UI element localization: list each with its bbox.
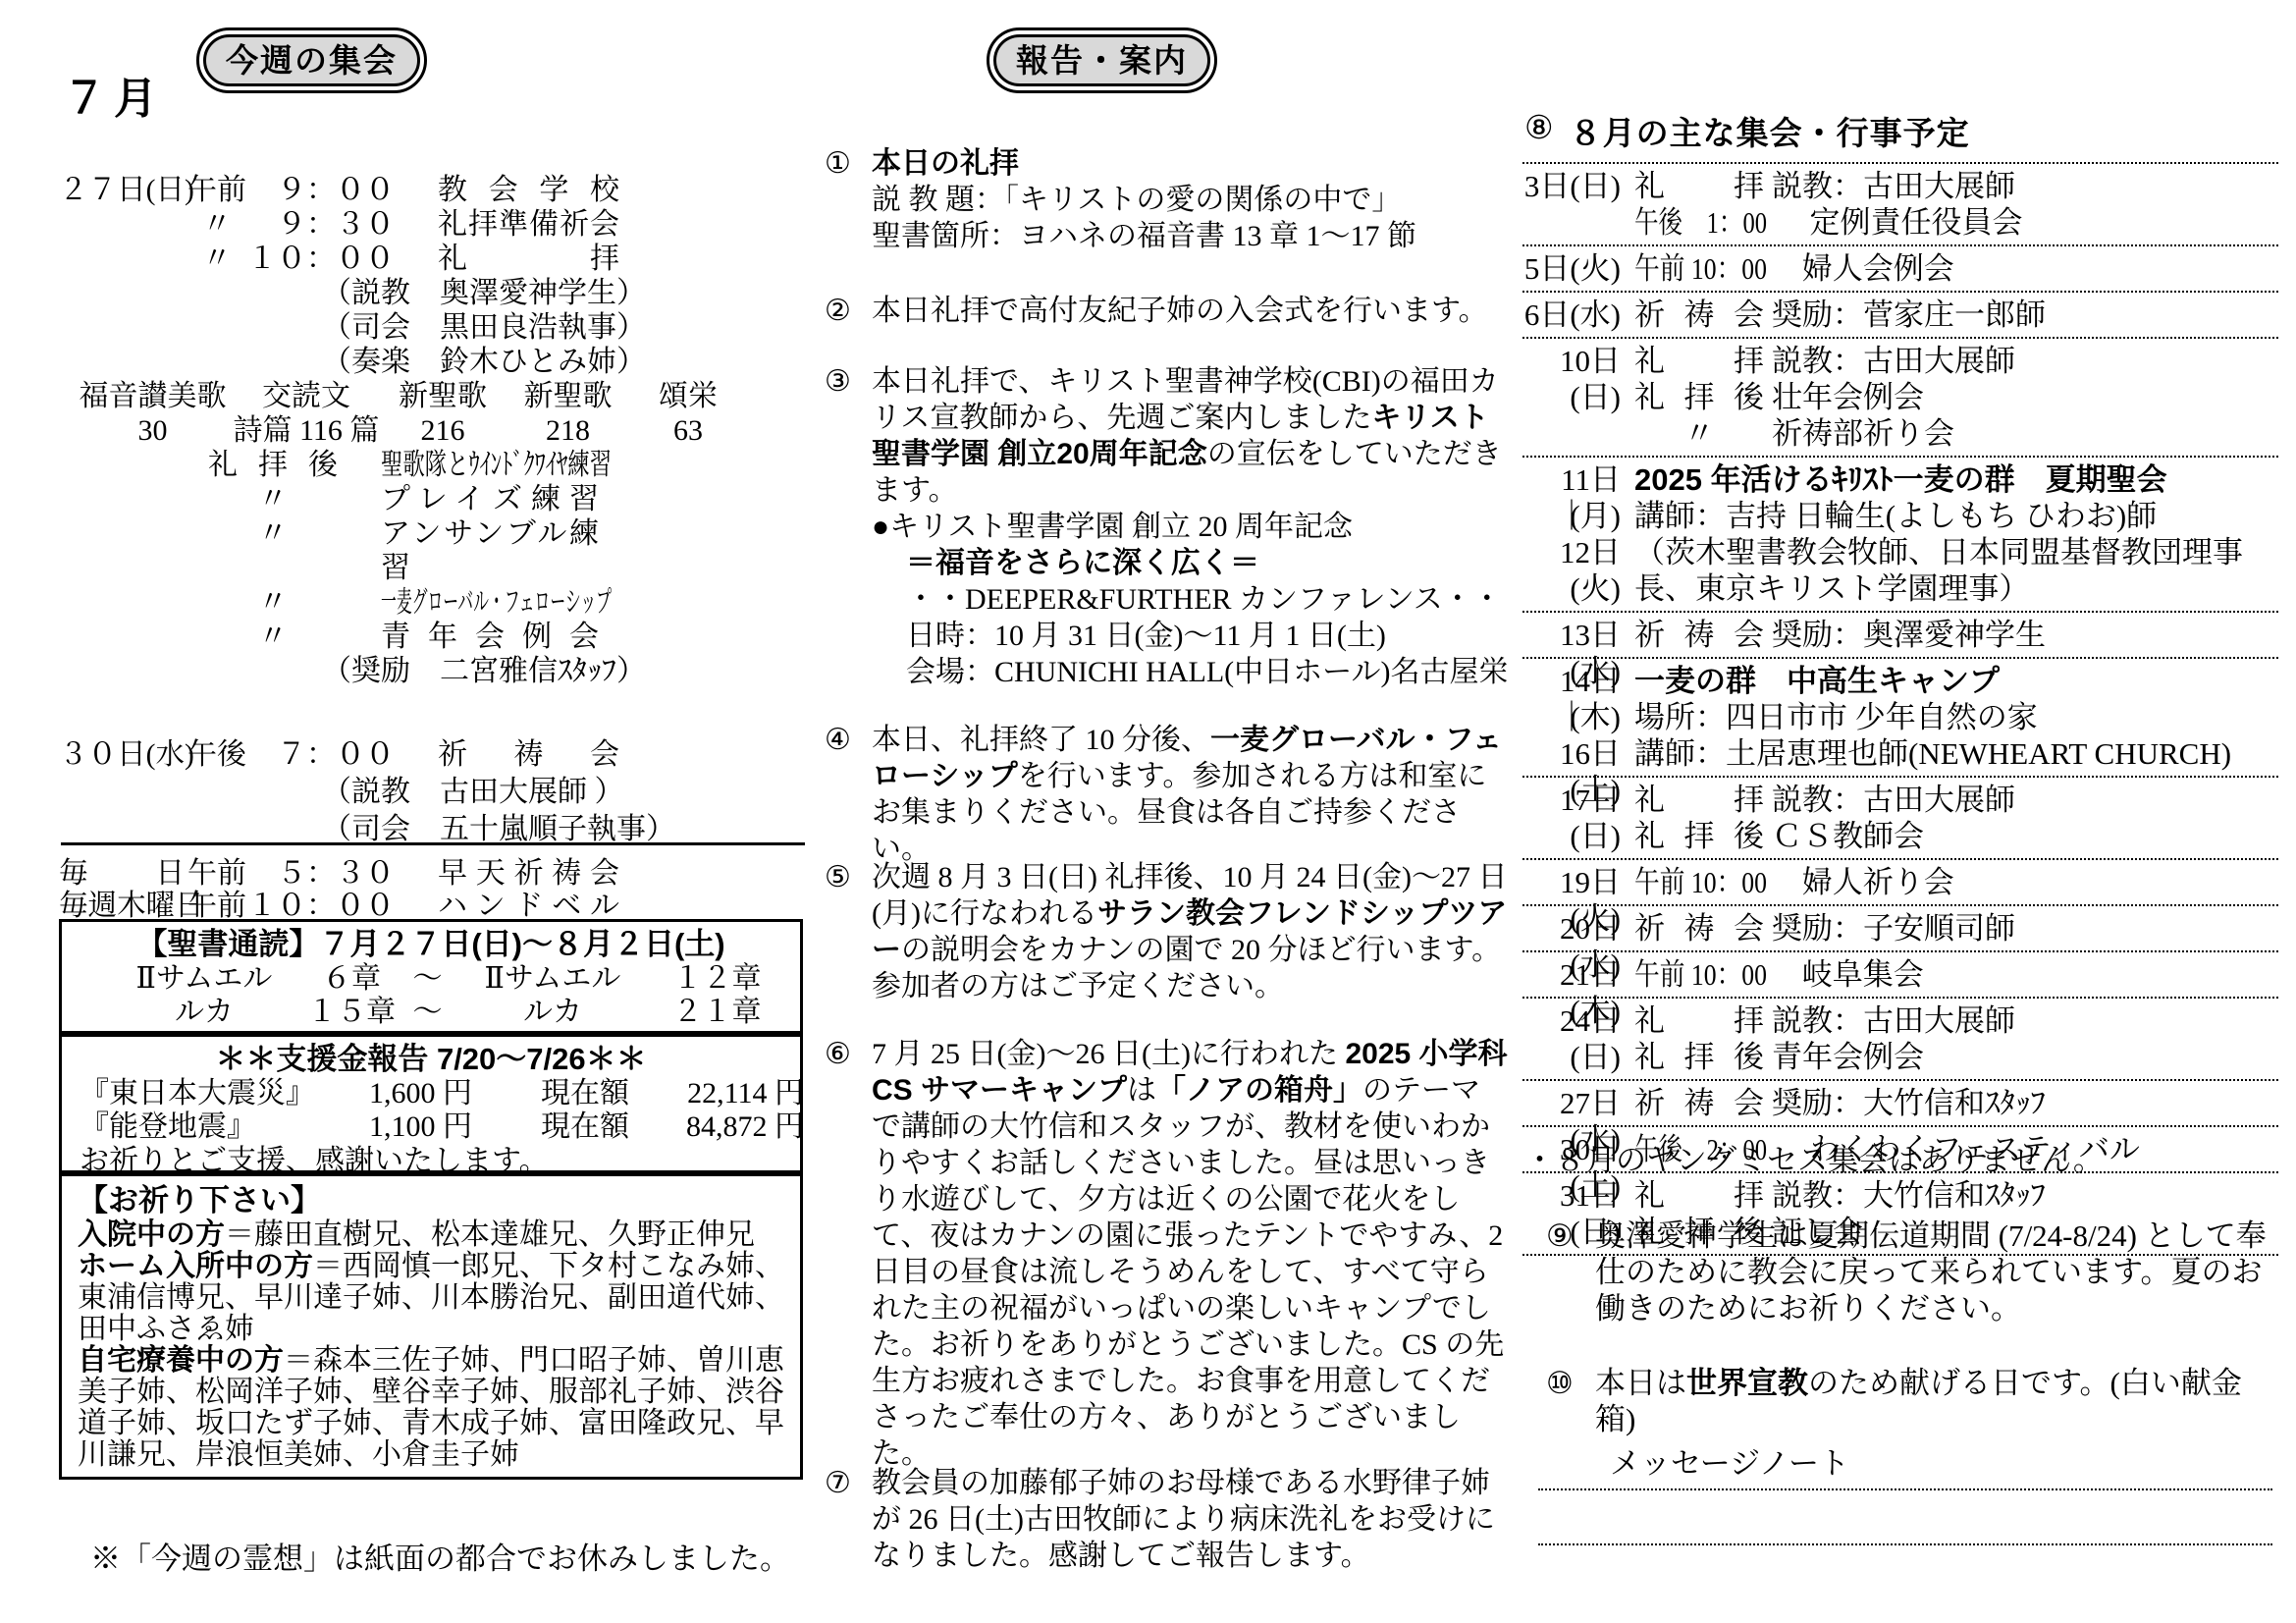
hymn-value-cell: 詩篇 116 篇 [229,413,384,448]
announcement-item: ⑦教会員の加藤郁子姉のお母様である水野律子姉が 26 日(土)古田牧師により病床… [825,1465,1512,1574]
august-schedule-row: 20日(水)祈祷会奨励：子安順司師 [1522,906,2278,952]
item-line: ・・DEEPER&FURTHER カンファレンス・・ [906,581,1508,618]
time-cell: １０：００ [247,242,395,276]
schedule-line: 礼拝後壮年会例会 [1634,379,2278,415]
prayer-group-label: ホーム入所中の方 [78,1250,313,1282]
item-number: ⑩ [1546,1365,1595,1437]
this-week-meetings-badge: 今週の集会 [196,27,427,93]
prayer-request-box: 【お祈り下さい】 入院中の方＝藤田直樹兄、松本達雄兄、久野正伸兄ホーム入所中の方… [59,1173,803,1480]
event-mid: 祈祷会 [1634,1085,1764,1121]
event-detail: 説教：古田大展師 [1772,1002,2015,1039]
date-cell: 17日(日) [1522,782,1621,854]
item-number: ④ [825,722,872,867]
schedule-line: 午前 10：00婦人会例会 [1634,250,2278,287]
schedule-line: 場所：四日市市 少年自然の家 [1634,699,2278,735]
bible-reading-cell: Ⅱサムエル [454,962,651,996]
date-text: 20日(水) [1522,910,1621,947]
item-number: ③ [825,363,872,690]
this-week-meetings-badge-label: 今週の集会 [203,34,420,86]
item-paragraph: 教会員の加藤郁子姉のお母様である水野律子姉が 26 日(土)古田牧師により病床洗… [872,1465,1508,1574]
bible-reading-cell: ２１章 [651,996,783,1029]
time-cell: ７：００ [247,736,395,774]
date-text: 17日(日) [1522,782,1621,818]
bible-reading-box: 【聖書通読】７月２７日(日)～８月２日(土) Ⅱサムエル６章～Ⅱサムエル１２章ル… [59,919,803,1034]
reisou-footnote: ※「今週の霊想」は紙面の都合でお休みしました。 [90,1534,790,1578]
date-text: 21日(木) [1522,956,1621,993]
august-schedule-row: 19日(火)午前 10：00婦人祈り会 [1522,860,2278,906]
schedule-line: 礼拝後青年会例会 [1634,1039,2278,1075]
august-schedule-row: 10日(日)礼拝説教：古田大展師礼拝後壮年会例会〃祈祷部祈り会 [1522,339,2278,458]
regular-meetings-block: 毎日午前５：３０早天祈祷会毎週木曜日午前１０：００ハンドベル [59,857,807,922]
event-detail: 壮年会例会 [1772,379,1924,415]
date-cell: 毎週木曜日 [59,890,185,922]
august-schedule-header: ⑧ ８月の主な集会・行事予定 [1524,108,1970,154]
bible-reading-cell: ～ [400,996,454,1029]
event-detail: 奨励：子安順司師 [1772,910,2015,947]
event-mid: 礼拝 [1634,1002,1764,1039]
schedule-line: 祈祷会奨励：奥澤愛神学生 [1634,617,2278,653]
prayer-group: ホーム入所中の方＝西岡慎一郎兄、下タ村こなみ姉、東浦信博兄、早川達子姉、川本勝治… [78,1251,784,1345]
row-lines: 午前 10：00岐阜集会 [1634,956,2278,993]
right-column: ⑧ ８月の主な集会・行事予定 3日(日)礼拝説教：古田大展師午後 1：00定例責… [1517,0,2284,1623]
plain-text: 本日礼拝で高付友紀子姉の入会式を行います。 [872,295,1488,327]
hymn-header-cell: 交読文 [229,379,384,413]
hymn-header-cell: 頌栄 [634,379,742,413]
row-lines: 礼拝説教：古田大展師礼拝後ＣＳ教師会 [1634,782,2278,854]
item-body: 本日礼拝で高付友紀子姉の入会式を行います。 [872,293,1508,329]
august-schedule-row: 27日(水)祈祷会奨励：大竹信和ｽﾀｯﾌ [1522,1081,2278,1127]
bible-reading-cell: ルカ [454,996,651,1029]
event-detail: 定例責任役員会 [1810,204,2023,241]
plain-text: 本日、礼拝終了 10 分後、 [872,724,1210,756]
message-note-label: メッセージノート [1610,1438,1849,1483]
prayer-group: 自宅療養中の方＝森本三佐子姉、門口昭子姉、曽川恵美子姉、松岡洋子姉、壁谷幸子姉、… [78,1345,784,1471]
plain-text: 奥澤愛神学生は夏期伝道期間 (7/24-8/24) として奉仕のために教会に戻っ… [1595,1218,2267,1325]
item-line: 会場：CHUNICHI HALL(中日ホール)名古屋栄 [906,654,1508,690]
event-text: （茨木聖書教会牧師、日本同盟基督教団理事長、東京キリスト学園理事） [1634,534,2278,607]
date-cell: 毎日 [59,857,185,890]
event-detail: 岐阜集会 [1802,956,1924,993]
time-cell: ５：３０ [247,857,395,890]
hymn-header-cell: 新聖歌 [502,379,634,413]
item-body: 7 月 25 日(金)～26 日(土)に行われた 2025 小学科 CS サマー… [872,1036,1508,1472]
schedule-line: 2025 年活けるｷﾘｽﾄ一麦の群 夏期聖会 [1634,461,2278,498]
plain-text: 7 月 25 日(金)～26 日(土)に行われた [872,1038,1345,1070]
row-lines: 午前 10：00婦人祈り会 [1634,864,2278,900]
schedule-line: 礼拝説教：古田大展師 [1634,168,2278,204]
august-schedule-table: 3日(日)礼拝説教：古田大展師午後 1：00定例責任役員会5日(火)午前 10：… [1522,162,2278,1256]
plain-text: 本日は [1595,1366,1686,1400]
event-cell: 教会学校 [438,173,619,207]
date-cell: 6日(水) [1522,297,1621,333]
item-paragraph: 本日、礼拝終了 10 分後、一麦グローバル・フェローシップを行います。参加される… [872,722,1508,867]
after-worship-event: 青年会例会 [381,620,599,654]
bold-text: 世界宣教 [1686,1366,1808,1400]
item-body: 本日の礼拝説 教 題：「キリストの愛の関係の中で」聖書箇所：ヨハネの福音書 13… [872,145,1508,254]
period-cell: 〃 [187,207,247,242]
event-mid: 祈祷会 [1634,910,1764,947]
event-text: 2025 年活けるｷﾘｽﾄ一麦の群 夏期聖会 [1634,461,2167,498]
schedule-line: 午前 10：00岐阜集会 [1634,956,2278,993]
bible-reading-row: Ⅱサムエル６章～Ⅱサムエル１２章 [106,962,800,996]
bible-reading-title: 【聖書通読】７月２７日(日)～８月２日(土) [62,927,800,962]
bible-reading-cell: ６章 [302,962,400,996]
item-number: ⑨ [1546,1217,1595,1326]
plain-text: の説明会をカナンの園で 20 分ほど行います。参加者の方はご予定ください。 [872,934,1501,1002]
after-worship-label: 〃 [208,516,338,585]
prayer-group-label: 自宅療養中の方 [78,1344,284,1377]
event-mid: 礼拝後 [1634,379,1764,415]
event-mid: 礼拝 [1634,782,1764,818]
date-text: 31日(日) [1522,1177,1621,1214]
date-cell: 3日(日) [1522,168,1621,241]
hymn-header-cell: 福音讃美歌 [77,379,229,413]
august-schedule-row: 6日(水)祈祷会奨励：菅家庄一郎師 [1522,293,2278,339]
support-balance-amount: 84,872 円 [639,1110,804,1144]
after-worship-label: 礼拝後 [208,448,338,482]
event-detail: 奨励：奥澤愛神学生 [1772,617,2046,653]
hymn-header-row: 福音讃美歌交読文新聖歌新聖歌頌栄 [77,379,807,413]
event-mid: 祈祷会 [1634,297,1764,333]
prayer-group-label: 入院中の方 [78,1218,225,1251]
row-lines: 2025 年活けるｷﾘｽﾄ一麦の群 夏期聖会講師：吉持 日輪生(よしもち ひわお… [1634,461,2278,607]
church-bulletin-page: 今週の集会 ７月 ２７日(日)午前９：００教会学校〃９：３０礼拝準備祈会〃１０：… [0,0,2296,1623]
item-line: ●キリスト聖書学園 創立 20 周年記念 [872,509,1508,545]
row-lines: 祈祷会奨励：奥澤愛神学生 [1634,617,2278,653]
date-cell: 21日(木) [1522,956,1621,993]
event-detail: 婦人祈り会 [1802,864,1954,900]
schedule-line: 講師：土居恵理也師(NEWHEART CHURCH) [1634,735,2278,772]
date-text: 5日(火) [1522,250,1621,287]
date-cell: ２７日(日) [59,173,185,207]
after-worship-label: 〃 [208,482,338,516]
event-detail: 奨励：菅家庄一郎師 [1772,297,2046,333]
after-worship-event: 一麦グローバル・フェローシップ [381,585,612,620]
support-report-rows: 『東日本大震災』1,600 円現在額22,114 円『能登地震』1,100 円現… [62,1077,800,1144]
item-body: 次週 8 月 3 日(日) 礼拝後、10 月 24 日(金)～27 日(月)に行… [872,859,1508,1004]
hymn-value-cell: 218 [502,413,634,448]
event-text: 講師：吉持 日輪生(よしもち ひわお)師 [1634,498,2157,534]
schedule-line: （茨木聖書教会牧師、日本同盟基督教団理事長、東京キリスト学園理事） [1634,534,2278,607]
schedule-line: 祈祷会奨励：大竹信和ｽﾀｯﾌ [1634,1085,2278,1121]
row-lines: 祈祷会奨励：子安順司師 [1634,910,2278,947]
event-mid: 午後 1：00 [1634,204,1767,241]
item-body: 奥澤愛神学生は夏期伝道期間 (7/24-8/24) として奉仕のために教会に戻っ… [1595,1217,2272,1326]
event-text: 場所：四日市市 少年自然の家 [1634,699,2038,735]
date-cell [59,242,185,276]
after-worship-label: 〃 [208,585,338,620]
announcement-item: ④本日、礼拝終了 10 分後、一麦グローバル・フェローシップを行います。参加され… [825,722,1512,867]
prayer-meeting-row: ３０日(水)午後７：００祈祷会 [59,736,807,774]
bible-reading-cell: ルカ [106,996,302,1029]
event-detail: 青年会例会 [1772,1039,1924,1075]
date-cell: 14日(木)｜16日(土) [1522,663,1621,772]
event-cell: 礼拝 [438,242,619,276]
support-row: 『能登地震』1,100 円現在額84,872 円 [62,1110,800,1144]
august-header-title: ８月の主な集会・行事予定 [1570,108,1970,154]
event-mid: 〃 [1634,415,1764,452]
hymn-value-cell: 63 [634,413,742,448]
date-cell: 27日(水) [1522,1085,1621,1121]
after-worship-row: 礼拝後聖歌隊とｳｲﾝﾄﾞｸﾜｲﾔ練習 [59,448,807,482]
schedule-line: 一麦の群 中高生キャンプ [1634,663,2278,699]
date-text: 14日(木) [1522,663,1621,699]
announcement-item: ③本日礼拝で、キリスト聖書神学校(CBI)の福田カリス宣教師から、先週ご案内しま… [825,363,1512,690]
event-detail: 説教：大竹信和ｽﾀｯﾌ [1772,1177,2046,1214]
august-schedule-row: 13日(水)祈祷会奨励：奥澤愛神学生 [1522,613,2278,659]
date-text: 3日(日) [1522,168,1621,204]
item-number: ② [825,293,872,329]
event-detail: 説教：古田大展師 [1772,168,2015,204]
time-cell: ９：３０ [247,207,395,242]
time-cell: ９：００ [247,173,395,207]
item-number: ⑤ [825,859,872,1004]
after-worship-event: 聖歌隊とｳｲﾝﾄﾞｸﾜｲﾔ練習 [381,448,612,482]
after-worship-label: 〃 [208,620,338,654]
event-mid: 礼拝 [1634,343,1764,379]
event-detail: 説教：古田大展師 [1772,782,2015,818]
date-text: 24日(日) [1522,1002,1621,1039]
bible-reading-cell: ～ [400,962,454,996]
august-schedule-row: 14日(木)｜16日(土)一麦の群 中高生キャンプ場所：四日市市 少年自然の家講… [1522,659,2278,778]
row-lines: 祈祷会奨励：菅家庄一郎師 [1634,297,2278,333]
prayer-group: 入院中の方＝藤田直樹兄、松本達雄兄、久野正伸兄 [78,1219,784,1251]
worship-schedule-row: 〃１０：００礼拝 [59,242,807,276]
announcement-item: ②本日礼拝で高付友紀子姉の入会式を行います。 [825,293,1512,329]
date-cell: ３０日(水) [59,736,185,774]
support-balance-amount: 22,114 円 [639,1077,804,1110]
date-text: 6日(水) [1522,297,1621,333]
date-text: 10日(日) [1522,343,1621,379]
credit-line: （奨励 二宮雅信ｽﾀｯﾌ） [322,654,807,688]
plain-text: のテーマで講師の大竹信和スタッフが、教材を使いわかりやすくお話しくださいました。… [872,1074,1504,1470]
schedule-line: 礼拝説教：大竹信和ｽﾀｯﾌ [1634,1177,2278,1214]
august-schedule-row: 21日(木)午前 10：00岐阜集会 [1522,952,2278,999]
item-body: 本日、礼拝終了 10 分後、一麦グローバル・フェローシップを行います。参加される… [872,722,1508,867]
event-detail: 説教：古田大展師 [1772,343,2015,379]
worship-schedule-row: 〃９：３０礼拝準備祈会 [59,207,807,242]
wednesday-prayer-block: ３０日(水)午後７：００祈祷会（説教 古田大展師 ）（司会 五十嵐順子執事） [59,736,807,848]
item-body: 教会員の加藤郁子姉のお母様である水野律子姉が 26 日(土)古田牧師により病床洗… [872,1465,1508,1574]
august-schedule-row: 5日(火)午前 10：00婦人会例会 [1522,246,2278,293]
support-fund-name: 『東日本大震災』 [80,1077,325,1110]
event-mid: 礼拝後 [1634,1039,1764,1075]
plain-text: は [1127,1074,1156,1107]
date-text: 19日(火) [1522,864,1621,900]
date-cell: 5日(火) [1522,250,1621,287]
prayer-group-names: ＝藤田直樹兄、松本達雄兄、久野正伸兄 [225,1218,755,1251]
item-paragraph: 本日礼拝で高付友紀子姉の入会式を行います。 [872,293,1508,329]
bold-text: 「ノアの箱舟」 [1156,1074,1362,1107]
announcement-item: ①本日の礼拝説 教 題：「キリストの愛の関係の中で」聖書箇所：ヨハネの福音書 1… [825,145,1512,254]
event-mid: 午前 10：00 [1634,250,1767,287]
plain-text: 教会員の加藤郁子姉のお母様である水野律子姉が 26 日(土)古田牧師により病床洗… [872,1467,1495,1572]
hymn-value-row: 30詩篇 116 篇21621863 [77,413,807,448]
row-lines: 礼拝説教：古田大展師礼拝後壮年会例会〃祈祷部祈り会 [1634,343,2278,452]
row-lines: 午前 10：00婦人会例会 [1634,250,2278,287]
item-line: ＝福音をさらに深く広く＝ [906,545,1508,581]
report-guide-badge-label: 報告・案内 [993,34,1210,86]
schedule-line: 礼拝説教：古田大展師 [1634,1002,2278,1039]
event-text: 一麦の群 中高生キャンプ [1634,663,2000,699]
row-lines: 祈祷会奨励：大竹信和ｽﾀｯﾌ [1634,1085,2278,1121]
note-line-1 [1538,1488,2272,1490]
item-number: ① [825,145,872,254]
announcement-item-9: ⑨奥澤愛神学生は夏期伝道期間 (7/24-8/24) として奉仕のために教会に戻… [1546,1217,2292,1326]
bible-reading-cell: １５章 [302,996,400,1029]
august-schedule-row: 3日(日)礼拝説教：古田大展師午後 1：00定例責任役員会 [1522,164,2278,246]
hymn-value-cell: 216 [384,413,502,448]
date-cell: 20日(水) [1522,910,1621,947]
date-cell: 19日(火) [1522,864,1621,900]
date-cell: 24日(日) [1522,1002,1621,1075]
item-line: 聖書箇所：ヨハネの福音書 13 章 1～17 節 [872,218,1508,254]
event-detail: 婦人会例会 [1802,250,1954,287]
schedule-line: 午後 1：00定例責任役員会 [1634,204,2278,241]
support-amount: 1,100 円 [325,1110,472,1144]
announcement-item-10: ⑩本日は世界宣教のため献げる日です。(白い献金箱) [1546,1365,2292,1437]
support-row: 『東日本大震災』1,600 円現在額22,114 円 [62,1077,800,1110]
prayer-request-groups: 入院中の方＝藤田直樹兄、松本達雄兄、久野正伸兄ホーム入所中の方＝西岡慎一郎兄、下… [78,1219,784,1471]
month-heading: ７月 [63,63,165,126]
period-cell: 午後 [187,736,247,774]
event-mid: 午前 10：00 [1634,864,1767,900]
schedule-line: 講師：吉持 日輪生(よしもち ひわお)師 [1634,498,2278,534]
date-text: 11日(月) [1522,461,1621,498]
period-cell: 午前 [187,173,247,207]
after-worship-event: アンサンブル練習 [381,516,599,585]
support-balance-label: 現在額 [531,1077,639,1110]
event-cell: 礼拝準備祈会 [438,207,619,242]
item-body: 本日礼拝で、キリスト聖書神学校(CBI)の福田カリス宣教師から、先週ご案内しまし… [872,363,1508,690]
credit-line: （説教 古田大展師 ） [322,774,807,811]
bible-reading-cell: １２章 [651,962,783,996]
middle-column: 報告・案内 ①本日の礼拝説 教 題：「キリストの愛の関係の中で」聖書箇所：ヨハネ… [825,0,1512,1623]
august-header-number: ⑧ [1524,108,1554,154]
horizontal-rule [61,842,805,845]
row-lines: 礼拝説教：古田大展師礼拝後青年会例会 [1634,1002,2278,1075]
item-paragraph: 本日礼拝で、キリスト聖書神学校(CBI)の福田カリス宣教師から、先週ご案内しまし… [872,363,1508,509]
event-mid: 礼拝後 [1634,818,1764,854]
support-report-title: ＊＊支援金報告 7/20～7/26＊＊ [62,1042,800,1077]
date-text: 27日(水) [1522,1085,1621,1121]
august-schedule-row: 11日(月)｜12日(火)2025 年活けるｷﾘｽﾄ一麦の群 夏期聖会講師：吉持… [1522,458,2278,613]
august-schedule-row: 24日(日)礼拝説教：古田大展師礼拝後青年会例会 [1522,999,2278,1081]
item-paragraph: 7 月 25 日(金)～26 日(土)に行われた 2025 小学科 CS サマー… [872,1036,1508,1472]
event-detail: 奨励：大竹信和ｽﾀｯﾌ [1772,1085,2046,1121]
hymn-header-cell: 新聖歌 [384,379,502,413]
period-cell: 〃 [187,242,247,276]
schedule-line: 礼拝説教：古田大展師 [1634,343,2278,379]
date-text: 12日(火) [1522,534,1621,570]
item-body: 本日は世界宣教のため献げる日です。(白い献金箱) [1595,1365,2272,1437]
bible-reading-rows: Ⅱサムエル６章～Ⅱサムエル１２章ルカ１５章～ルカ２１章 [62,962,800,1029]
note-line-2 [1538,1543,2272,1545]
left-column: 今週の集会 ７月 ２７日(日)午前９：００教会学校〃９：３０礼拝準備祈会〃１０：… [59,0,807,1623]
support-amount: 1,600 円 [325,1077,472,1110]
item-line: 本日の礼拝 [872,145,1508,182]
event-mid: 礼拝 [1634,168,1764,204]
credit-line: （奏楽 鈴木ひとみ姉） [322,345,807,379]
regular-meeting-row: 毎週木曜日午前１０：００ハンドベル [59,890,807,922]
credit-line: （司会 黒田良浩執事） [322,310,807,345]
credit-line: （説教 奥澤愛神学生） [322,276,807,310]
regular-meeting-row: 毎日午前５：３０早天祈祷会 [59,857,807,890]
date-cell: 13日(水) [1522,617,1621,653]
event-text: 講師：土居恵理也師(NEWHEART CHURCH) [1634,735,2231,772]
support-balance-label: 現在額 [531,1110,639,1144]
event-cell: 祈祷会 [438,736,619,774]
event-cell: ハンドベル [438,890,619,922]
item-number: ⑦ [825,1465,872,1574]
hymn-value-cell: 30 [77,413,229,448]
schedule-line: 祈祷会奨励：菅家庄一郎師 [1634,297,2278,333]
after-worship-row: 〃青年会例会 [59,620,807,654]
schedule-line: 祈祷会奨励：子安順司師 [1634,910,2278,947]
event-mid: 礼拝 [1634,1177,1764,1214]
after-worship-row: 〃一麦グローバル・フェローシップ [59,585,807,620]
support-fund-name: 『能登地震』 [80,1110,325,1144]
date-text: 13日(水) [1522,617,1621,653]
announcement-item: ⑤次週 8 月 3 日(日) 礼拝後、10 月 24 日(金)～27 日(月)に… [825,859,1512,1004]
schedule-line: 午前 10：00婦人祈り会 [1634,864,2278,900]
item-line: 説 教 題：「キリストの愛の関係の中で」 [872,182,1508,218]
support-report-box: ＊＊支援金報告 7/20～7/26＊＊ 『東日本大震災』1,600 円現在額22… [59,1034,803,1173]
date-text: 16日(土) [1522,735,1621,772]
event-detail: 祈祷部祈り会 [1772,415,1954,452]
event-mid: 午前 10：00 [1634,956,1767,993]
row-lines: 礼拝説教：古田大展師午後 1：00定例責任役員会 [1634,168,2278,241]
july-schedule-block: ２７日(日)午前９：００教会学校〃９：３０礼拝準備祈会〃１０：００礼拝（説教 奥… [59,173,807,688]
period-cell: 午前 [187,857,247,890]
schedule-line: 礼拝説教：古田大展師 [1634,782,2278,818]
worship-schedule-row: ２７日(日)午前９：００教会学校 [59,173,807,207]
after-worship-event: プレイズ練習 [381,482,599,516]
date-cell [59,207,185,242]
row-lines: 一麦の群 中高生キャンプ場所：四日市市 少年自然の家講師：土居恵理也師(NEWH… [1634,663,2278,772]
report-guide-badge: 報告・案内 [987,27,1217,93]
schedule-line: 〃祈祷部祈り会 [1634,415,2278,452]
event-detail: ＣＳ教師会 [1772,818,1924,854]
announcement-item: ⑥7 月 25 日(金)～26 日(土)に行われた 2025 小学科 CS サマ… [825,1036,1512,1472]
august-schedule-row: 17日(日)礼拝説教：古田大展師礼拝後ＣＳ教師会 [1522,778,2278,860]
after-worship-row: 〃アンサンブル練習 [59,516,807,585]
date-cell: 11日(月)｜12日(火) [1522,461,1621,607]
date-cell: 10日(日) [1522,343,1621,452]
event-mid: 祈祷会 [1634,617,1764,653]
item-number: ⑥ [825,1036,872,1472]
schedule-line: 礼拝後ＣＳ教師会 [1634,818,2278,854]
item-paragraph: 次週 8 月 3 日(日) 礼拝後、10 月 24 日(金)～27 日(月)に行… [872,859,1508,1004]
young-mrs-note: ・８月のヤングミセス集会はありません。 [1524,1135,2104,1179]
prayer-request-title: 【お祈り下さい】 [78,1182,784,1219]
event-cell: 早天祈祷会 [438,857,619,890]
bible-reading-cell: Ⅱサムエル [106,962,302,996]
bible-reading-row: ルカ１５章～ルカ２１章 [106,996,800,1029]
after-worship-row: 〃プレイズ練習 [59,482,807,516]
item-line: 日時：10 月 31 日(金)～11 月 1 日(土) [906,618,1508,654]
time-cell: １０：００ [247,890,395,922]
